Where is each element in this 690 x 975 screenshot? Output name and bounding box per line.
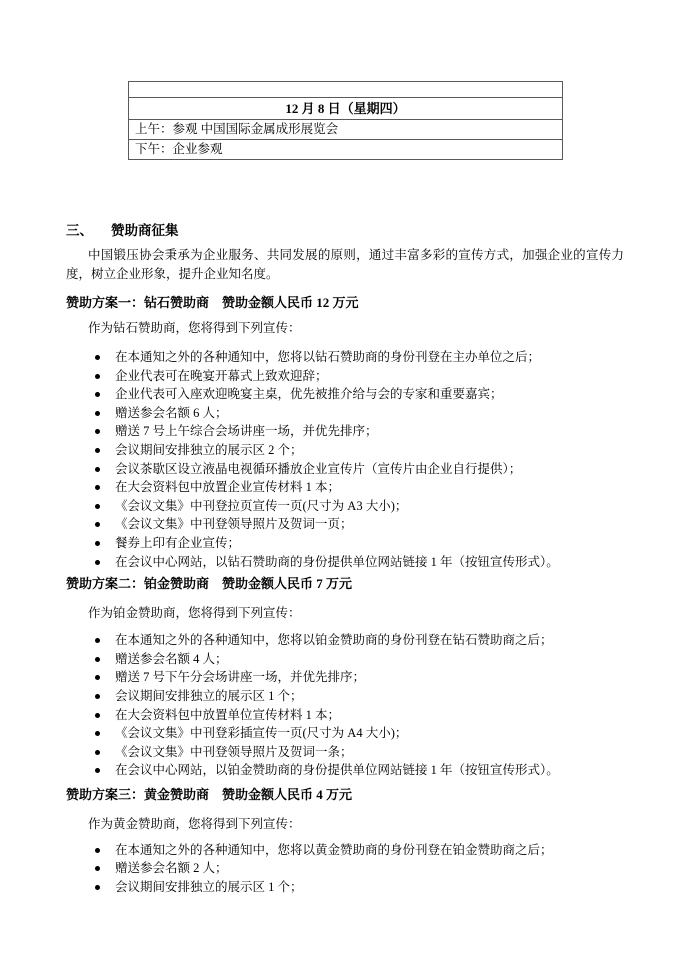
table-row: 上午：参观 中国国际金属成形展览会 [129, 120, 563, 140]
bullet-item: 《会议文集》中刊登领导照片及贺词一条； [95, 743, 624, 762]
bullet-item: 在大会资料包中放置单位宣传材料 1 本； [95, 706, 624, 725]
bullet-item: 会议茶歇区设立液晶电视循环播放企业宣传片（宣传片由企业自行提供）； [95, 460, 624, 479]
plan-intro: 作为铂金赞助商，您将得到下列宣传： [66, 604, 624, 623]
table-cell-date-header: 12 月 8 日（星期四） [129, 98, 563, 120]
bullet-list: 在本通知之外的各种通知中，您将以铂金赞助商的身份刊登在钻石赞助商之后； 赠送参会… [66, 631, 624, 780]
bullet-icon [95, 392, 100, 397]
bullet-icon [95, 411, 100, 416]
bullet-item: 企业代表可在晚宴开幕式上致欢迎辞； [95, 367, 624, 386]
section-heading: 三、赞助商征集 [66, 221, 624, 240]
bullet-text: 会议茶歇区设立液晶电视循环播放企业宣传片（宣传片由企业自行提供）； [115, 460, 521, 479]
bullet-item: 企业代表可入座欢迎晚宴主桌，优先被推介给与会的专家和重要嘉宾； [95, 385, 624, 404]
section-title: 赞助商征集 [111, 223, 179, 238]
bullet-item: 在本通知之外的各种通知中，您将以钻石赞助商的身份刊登在主办单位之后； [95, 348, 624, 367]
table-cell-afternoon: 下午：企业参观 [129, 140, 563, 160]
plan-heading: 赞助方案二：铂金赞助商 赞助金额人民币 7 万元 [66, 574, 624, 593]
bullet-text: 企业代表可在晚宴开幕式上致欢迎辞； [115, 367, 328, 386]
bullet-item: 《会议文集》中刊登彩插宣传一页(尺寸为 A4 大小)； [95, 724, 624, 743]
bullet-icon [95, 504, 100, 509]
bullet-list: 在本通知之外的各种通知中，您将以黄金赞助商的身份刊登在铂金赞助商之后； 赠送参会… [66, 841, 624, 897]
bullet-item: 会议期间安排独立的展示区 2 个； [95, 441, 624, 460]
bullet-icon [95, 768, 100, 773]
bullet-icon [95, 713, 100, 718]
bullet-text: 赠送 7 号下午分会场讲座一场，并优先排序； [115, 668, 365, 687]
bullet-item: 在会议中心网站，以铂金赞助商的身份提供单位网站链接 1 年（按钮宣传形式）。 [95, 761, 624, 780]
bullet-icon [95, 541, 100, 546]
bullet-text: 餐券上印有企业宣传； [115, 534, 240, 553]
bullet-icon [95, 485, 100, 490]
bullet-item: 会议期间安排独立的展示区 1 个； [95, 687, 624, 706]
section-number: 三、 [66, 223, 93, 238]
plan-intro: 作为钻石赞助商，您将得到下列宣传： [66, 319, 624, 338]
bullet-icon [95, 657, 100, 662]
bullet-text: 《会议文集》中刊登拉页宣传一页(尺寸为 A3 大小)； [115, 497, 407, 516]
bullet-text: 赠送 7 号上午综合会场讲座一场，并优先排序； [115, 422, 378, 441]
bullet-text: 在会议中心网站，以铂金赞助商的身份提供单位网站链接 1 年（按钮宣传形式）。 [115, 761, 559, 780]
bullet-icon [95, 638, 100, 643]
bullet-icon [95, 848, 100, 853]
bullet-item: 《会议文集》中刊登拉页宣传一页(尺寸为 A3 大小)； [95, 497, 624, 516]
bullet-item: 在本通知之外的各种通知中，您将以黄金赞助商的身份刊登在铂金赞助商之后； [95, 841, 624, 860]
bullet-item: 在本通知之外的各种通知中，您将以铂金赞助商的身份刊登在钻石赞助商之后； [95, 631, 624, 650]
plan-section-platinum: 赞助方案二：铂金赞助商 赞助金额人民币 7 万元 作为铂金赞助商，您将得到下列宣… [66, 574, 624, 780]
bullet-item: 在会议中心网站，以钻石赞助商的身份提供单位网站链接 1 年（按钮宣传形式）。 [95, 553, 624, 572]
bullet-item: 赠送参会名额 4 人； [95, 650, 624, 669]
bullet-icon [95, 355, 100, 360]
bullet-item: 赠送参会名额 2 人； [95, 859, 624, 878]
bullet-text: 《会议文集》中刊登彩插宣传一页(尺寸为 A4 大小)； [115, 724, 407, 743]
bullet-text: 会议期间安排独立的展示区 1 个； [115, 687, 303, 706]
bullet-item: 赠送 7 号下午分会场讲座一场，并优先排序； [95, 668, 624, 687]
plan-section-diamond: 赞助方案一：钻石赞助商 赞助金额人民币 12 万元 作为钻石赞助商，您将得到下列… [66, 293, 624, 571]
plan-intro: 作为黄金赞助商，您将得到下列宣传： [66, 815, 624, 834]
intro-paragraph: 中国锻压协会秉承为企业服务、共同发展的原则，通过丰富多彩的宣传方式，加强企业的宣… [66, 246, 624, 284]
bullet-text: 在本通知之外的各种通知中，您将以钻石赞助商的身份刊登在主办单位之后； [115, 348, 540, 367]
bullet-icon [95, 694, 100, 699]
plan-heading: 赞助方案三：黄金赞助商 赞助金额人民币 4 万元 [66, 785, 624, 804]
bullet-text: 在会议中心网站，以钻石赞助商的身份提供单位网站链接 1 年（按钮宣传形式）。 [115, 553, 559, 572]
bullet-icon [95, 885, 100, 890]
bullet-icon [95, 560, 100, 565]
bullet-text: 会议期间安排独立的展示区 1 个； [115, 878, 303, 897]
table-row [129, 82, 563, 98]
schedule-table: 12 月 8 日（星期四） 上午：参观 中国国际金属成形展览会 下午：企业参观 [128, 81, 563, 160]
bullet-icon [95, 522, 100, 527]
table-row: 12 月 8 日（星期四） [129, 98, 563, 120]
bullet-icon [95, 750, 100, 755]
bullet-item: 赠送参会名额 6 人； [95, 404, 624, 423]
bullet-text: 在本通知之外的各种通知中，您将以铂金赞助商的身份刊登在钻石赞助商之后； [115, 631, 553, 650]
bullet-item: 餐券上印有企业宣传； [95, 534, 624, 553]
bullet-text: 在大会资料包中放置单位宣传材料 1 本； [115, 706, 340, 725]
bullet-icon [95, 467, 100, 472]
bullet-icon [95, 374, 100, 379]
bullet-text: 在大会资料包中放置企业宣传材料 1 本； [115, 478, 340, 497]
bullet-text: 《会议文集》中刊登领导照片及贺词一页； [115, 515, 353, 534]
bullet-item: 会议期间安排独立的展示区 1 个； [95, 878, 624, 897]
bullet-text: 企业代表可入座欢迎晚宴主桌，优先被推介给与会的专家和重要嘉宾； [115, 385, 503, 404]
bullet-text: 赠送参会名额 4 人； [115, 650, 228, 669]
bullet-icon [95, 675, 100, 680]
bullet-item: 在大会资料包中放置企业宣传材料 1 本； [95, 478, 624, 497]
plan-section-gold: 赞助方案三：黄金赞助商 赞助金额人民币 4 万元 作为黄金赞助商，您将得到下列宣… [66, 785, 624, 897]
table-cell-empty [129, 82, 563, 98]
table-cell-morning: 上午：参观 中国国际金属成形展览会 [129, 120, 563, 140]
bullet-item: 赠送 7 号上午综合会场讲座一场，并优先排序； [95, 422, 624, 441]
bullet-text: 赠送参会名额 6 人； [115, 404, 228, 423]
table-row: 下午：企业参观 [129, 140, 563, 160]
plan-heading: 赞助方案一：钻石赞助商 赞助金额人民币 12 万元 [66, 293, 624, 312]
bullet-icon [95, 429, 100, 434]
document-page: 12 月 8 日（星期四） 上午：参观 中国国际金属成形展览会 下午：企业参观 … [0, 0, 690, 975]
bullet-text: 赠送参会名额 2 人； [115, 859, 228, 878]
bullet-text: 《会议文集》中刊登领导照片及贺词一条； [115, 743, 353, 762]
bullet-icon [95, 448, 100, 453]
bullet-icon [95, 866, 100, 871]
bullet-list: 在本通知之外的各种通知中，您将以钻石赞助商的身份刊登在主办单位之后； 企业代表可… [66, 348, 624, 571]
bullet-item: 《会议文集》中刊登领导照片及贺词一页； [95, 515, 624, 534]
bullet-text: 在本通知之外的各种通知中，您将以黄金赞助商的身份刊登在铂金赞助商之后； [115, 841, 553, 860]
bullet-text: 会议期间安排独立的展示区 2 个； [115, 441, 303, 460]
bullet-icon [95, 731, 100, 736]
